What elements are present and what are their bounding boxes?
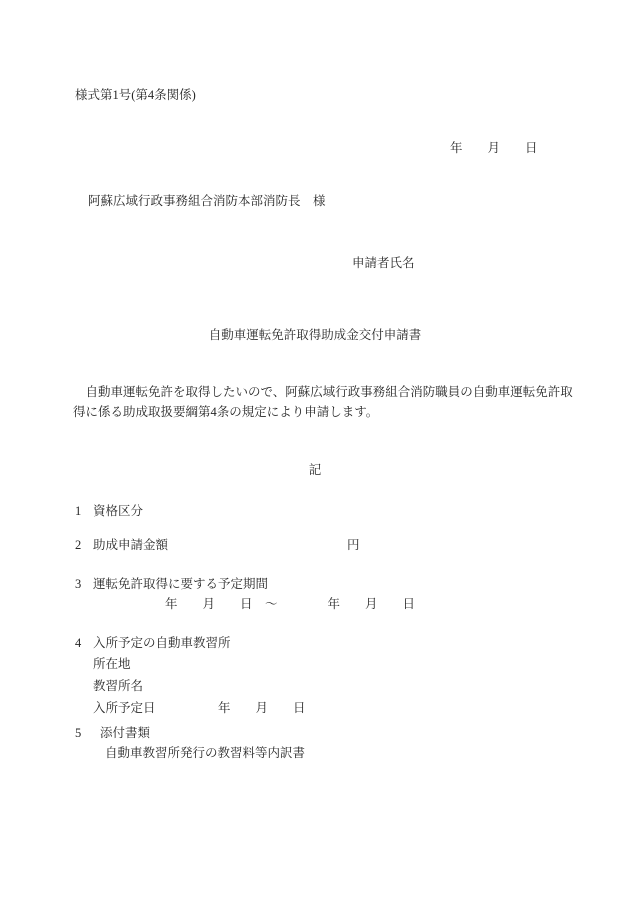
item-4-school-name-label: 教習所名: [93, 679, 143, 694]
item-4-entry-date-line: 入所予定日 年 月 日: [93, 701, 306, 716]
item-3-label: 運転免許取得に要する予定期間: [93, 577, 268, 592]
item-4-number: 4: [75, 636, 81, 651]
item-1-label: 資格区分: [93, 504, 143, 519]
ki-heading: 記: [0, 463, 630, 478]
addressee-line: 阿蘇広域行政事務組合消防本部消防長 様: [88, 194, 326, 209]
item-2-label: 助成申請金額: [93, 538, 168, 553]
item-5-attachment-line: 自動車教習所発行の教習料等内訳書: [105, 746, 305, 761]
item-5-number: 5: [75, 726, 81, 741]
item-4-address-label: 所在地: [93, 657, 131, 672]
body-paragraph-line-1: 自動車運転免許を取得したいので、阿蘇広域行政事務組合消防職員の自動車運転免許取: [73, 385, 573, 400]
date-line: 年 月 日: [450, 141, 538, 156]
item-1-number: 1: [75, 504, 81, 519]
form-number: 様式第1号(第4条関係): [75, 88, 196, 103]
body-paragraph-line-2: 得に係る助成取扱要綱第4条の規定により申請します。: [73, 405, 378, 420]
document-title: 自動車運転免許取得助成金交付申請書: [0, 328, 630, 343]
item-3-period-date-line: 年 月 日 〜 年 月 日: [165, 597, 415, 612]
item-3-number: 3: [75, 577, 81, 592]
item-4-label: 入所予定の自動車教習所: [93, 636, 231, 651]
document-page: 様式第1号(第4条関係) 年 月 日 阿蘇広域行政事務組合消防本部消防長 様 申…: [0, 0, 630, 915]
item-5-label: 添付書類: [100, 726, 150, 741]
item-2-yen-suffix: 円: [347, 538, 360, 553]
item-2-number: 2: [75, 538, 81, 553]
applicant-name-label: 申請者氏名: [352, 256, 415, 271]
